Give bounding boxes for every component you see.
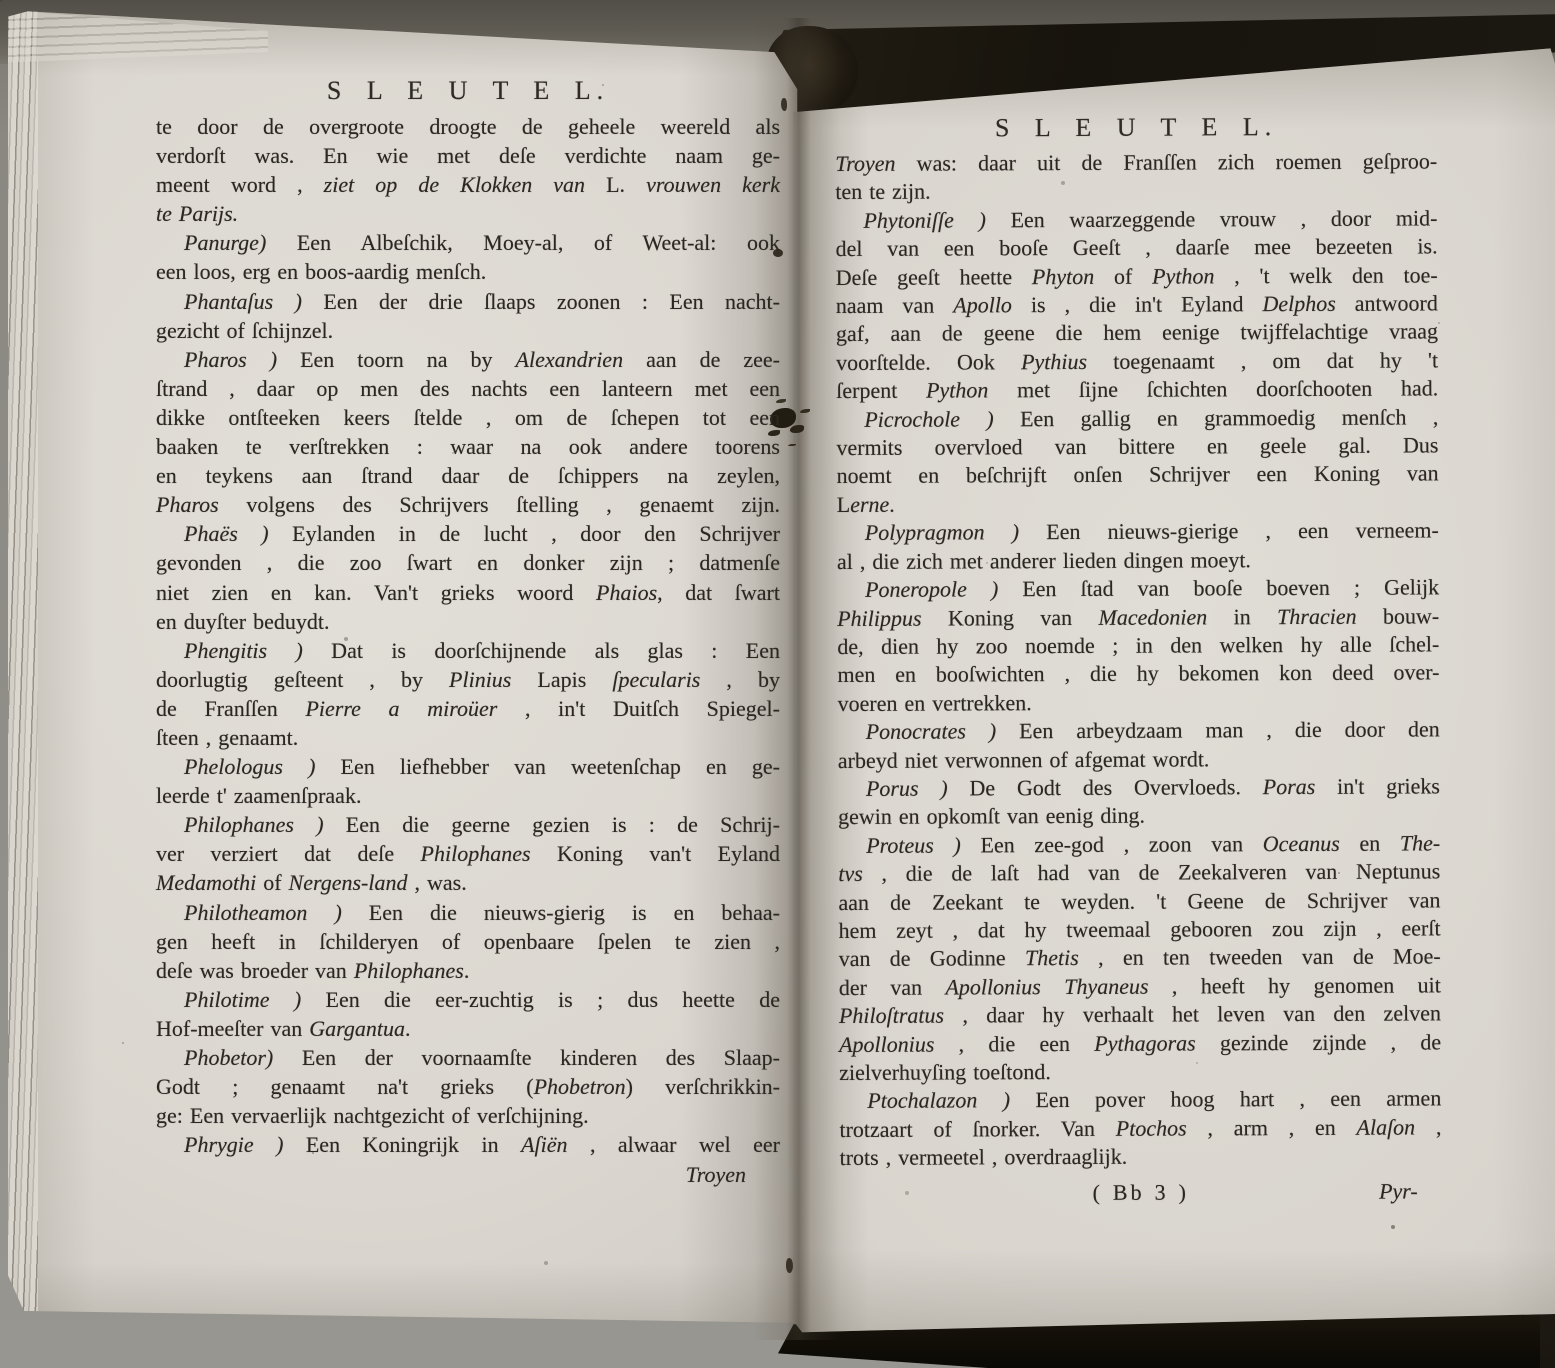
text-line: Phaës ) Eylanden in de lucht , door den … [156, 519, 780, 548]
text-line: te Parijs. [156, 199, 780, 228]
text-line: naam van Apollo is , die in't Eyland Del… [836, 289, 1438, 320]
text-line: hem zeyt , dat hy tweemaal gebooren zou … [839, 914, 1441, 945]
left-page-header: S L E U T E L. [156, 76, 780, 112]
signature-mark: ( Bb 3 ) [1092, 1179, 1188, 1204]
text-line: Panurge) Een Albeſchik, Moey-al, of Weet… [156, 228, 780, 257]
text-line: Pharos ) Een toorn na by Alexandrien aan… [156, 345, 780, 374]
text-line: Phytoniſſe ) Een waarzeggende vrouw , do… [835, 204, 1437, 235]
text-line: doorlugtig geſteent , by Plinius Lapis ſ… [156, 665, 780, 694]
text-line: Polypragmon ) Een nieuws-gierige , een v… [837, 517, 1439, 548]
text-line: men en booſwichten , die hy bekomen kon … [837, 659, 1439, 690]
ink-blot-small [781, 98, 787, 111]
text-line: te door de overgroote droogte de geheele… [156, 112, 780, 141]
text-line: Godt ; genaamt na't grieks (Phobetron) v… [156, 1072, 780, 1101]
text-line: trotzaart of ſnorker. Van Ptochos , arm … [839, 1113, 1441, 1144]
text-line: Proteus ) Een zee-god , zoon van Oceanus… [838, 829, 1440, 860]
text-line: Philotheamon ) Een die nieuws-gierig is … [156, 898, 780, 927]
right-page-text: S L E U T E L. Troyen was: daar uit de F… [835, 111, 1442, 1208]
text-line: Phobetor) Een der voornaamſte kinderen d… [156, 1043, 780, 1072]
text-line: en duyſter beduydt. [156, 607, 780, 636]
right-page-lines: Troyen was: daar uit de Franſſen zich ro… [835, 147, 1441, 1172]
text-line: ſteen , genaamt. [156, 723, 780, 752]
text-line: arbeyd niet verwonnen of afgemat wordt. [838, 744, 1440, 775]
text-line: Apollonius , die een Pythagoras gezinde … [839, 1028, 1441, 1059]
text-line: vermits overvloed van bittere en geele g… [836, 431, 1438, 462]
text-line: Medamothi of Nergens-land , was. [156, 868, 780, 897]
text-line: ver verziert dat deſe Philophanes Koning… [156, 839, 780, 868]
text-line: een loos, erg en boos-aardig menſch. [156, 257, 780, 286]
text-line: Troyen was: daar uit de Franſſen zich ro… [835, 147, 1437, 178]
text-line: ten te zijn. [835, 176, 1437, 207]
text-line: Picrochole ) Een gallig en grammoedig me… [836, 403, 1438, 434]
left-page-lines: te door de overgroote droogte de geheele… [156, 112, 780, 1159]
text-line: Poneropole ) Een ſtad van booſe boeven ;… [837, 573, 1439, 604]
text-line: Hof-meeſter van Gargantua. [156, 1014, 780, 1043]
signature-row: ( Bb 3 ) Pyr- [840, 1177, 1442, 1208]
text-line: de Franſſen Pierre a miroüer , in't Duit… [156, 694, 780, 723]
ink-blot-small [786, 1258, 793, 1273]
text-line: del van een booſe Geeſt , daarſe mee bez… [836, 233, 1438, 264]
text-line: gewin en opkomſt van eenig ding. [838, 801, 1440, 832]
text-line: Philippus Koning van Macedonien in Thrac… [837, 602, 1439, 633]
text-line: niet zien en kan. Van't grieks woord Pha… [156, 578, 780, 607]
text-line: Lerne. [837, 488, 1439, 519]
text-line: gaf, aan de geene die hem eenige twijffe… [836, 318, 1438, 349]
text-line: Ptochalazon ) Een pover hoog hart , een … [839, 1085, 1441, 1116]
text-line: Phengitis ) Dat is doorſchijnende als gl… [156, 636, 780, 665]
text-line: aan de Zeekant te weyden. 't Geene de Sc… [838, 886, 1440, 917]
text-line: Porus ) De Godt des Overvloeds. Poras in… [838, 772, 1440, 803]
text-line: voeren en vertrekken. [838, 687, 1440, 718]
text-line: Philoſtratus , daar hy verhaalt het leve… [839, 1000, 1441, 1031]
text-line: trots , vermeetel , overdraaglijk. [839, 1142, 1441, 1173]
text-line: de, dien hy zoo noemde ; in den welken h… [837, 630, 1439, 661]
right-catchword: Pyr- [1379, 1177, 1418, 1206]
text-line: baaken te verſtrekken : waar na ook ande… [156, 432, 780, 461]
text-line: leerde t' zaamenſpraak. [156, 781, 780, 810]
text-line: ſerpent Python met ſijne ſchichten doorſ… [836, 375, 1438, 406]
left-catchword: Troyen [156, 1160, 780, 1189]
text-line: Philophanes ) Een die geerne gezien is :… [156, 810, 780, 839]
text-line: Deſe geeſt heette Phyton of Python , 't … [836, 261, 1438, 292]
text-line: meent word , ziet op de Klokken van L. v… [156, 170, 780, 199]
book-photo: S L E U T E L. te door de overgroote dro… [0, 0, 1555, 1368]
text-line: al , die zich met anderer lieden dingen … [837, 545, 1439, 576]
text-line: gen heeft in ſchilderyen of openbaare ſp… [156, 927, 780, 956]
text-line: tvs , die de laſt had van de Zeekalveren… [838, 858, 1440, 889]
left-page-text: S L E U T E L. te door de overgroote dro… [156, 76, 780, 1189]
text-line: der van Apollonius Thyaneus , heeft hy g… [839, 971, 1441, 1002]
text-line: Philotime ) Een die eer-zuchtig is ; dus… [156, 985, 780, 1014]
text-line: van de Godinne Thetis , en ten tweeden v… [839, 943, 1441, 974]
text-line: ſtrand , daar op men des nachts een lant… [156, 374, 780, 403]
text-line: zielverhuyſing toeſtond. [839, 1056, 1441, 1087]
text-line: deſe was broeder van Philophanes. [156, 956, 780, 985]
text-line: Phelologus ) Een liefhebber van weetenſc… [156, 752, 780, 781]
text-line: en teykens aan ſtrand daar de ſchippers … [156, 461, 780, 490]
text-line: noemt en beſchrijft onſen Schrijver een … [837, 460, 1439, 491]
text-line: ge: Een vervaerlijk nachtgezicht of verſ… [156, 1101, 780, 1130]
text-line: Phrygie ) Een Koningrijk in Aſiën , alwa… [156, 1130, 780, 1159]
text-line: gezicht of ſchijnzel. [156, 316, 780, 345]
text-line: gevonden , die zoo ſwart en donker zijn … [156, 548, 780, 577]
text-line: dikke ontſteeken keers ſtelde , om de ſc… [156, 403, 780, 432]
text-line: Pharos volgens des Schrijvers ſtelling ,… [156, 490, 780, 519]
text-line: voorſtelde. Ook Pythius toegenaamt , om … [836, 346, 1438, 377]
text-line: Ponocrates ) Een arbeydzaam man , die do… [838, 715, 1440, 746]
right-page-header: S L E U T E L. [835, 111, 1437, 150]
text-line: Phantaſus ) Een der drie ſlaaps zoonen :… [156, 287, 780, 316]
paper-specks [0, 0, 2, 2]
text-line: verdorſt was. En wie met deſe verdichte … [156, 141, 780, 170]
